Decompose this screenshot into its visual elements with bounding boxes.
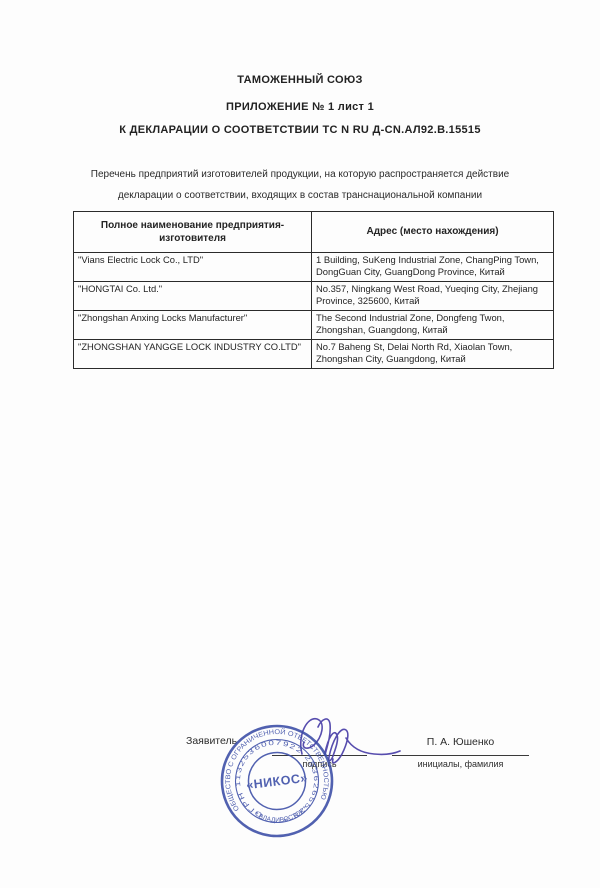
table-header-row: Полное наименование предприятия-изготови… — [74, 212, 554, 253]
address-cell: No.357, Ningkang West Road, Yueqing City… — [312, 282, 554, 311]
stamp-company-name: «НИКОС» — [246, 771, 309, 792]
document-page: ТАМОЖЕННЫЙ СОЮЗ ПРИЛОЖЕНИЕ № 1 лист 1 К … — [0, 0, 600, 888]
signer-name: П. А. Юшенко — [392, 736, 529, 748]
header-address: Адрес (место нахождения) — [312, 212, 554, 253]
name-caption: инициалы, фамилия — [392, 759, 529, 769]
address-cell: No.7 Baheng St, Delai North Rd, Xiaolan … — [312, 340, 554, 369]
manufacturer-name-cell: "Zhongshan Anxing Locks Manufacturer" — [74, 311, 312, 340]
manufacturer-name-cell: "Vians Electric Lock Co., LTD" — [74, 253, 312, 282]
title-customs-union: ТАМОЖЕННЫЙ СОЮЗ — [0, 74, 600, 86]
manufacturer-name-cell: "HONGTAI Co. Ltd." — [74, 282, 312, 311]
company-stamp: ОБЩЕСТВО С ОГРАНИЧЕННОЙ ОТВЕТСТВЕННОСТЬЮ… — [219, 723, 335, 839]
manufacturer-name-cell: "ZHONGSHAN YANGGE LOCK INDUSTRY CO.LTD" — [74, 340, 312, 369]
intro-line-1: Перечень предприятий изготовителей проду… — [55, 165, 545, 186]
name-line — [392, 755, 529, 756]
signature-stroke — [346, 738, 400, 754]
intro-paragraph: Перечень предприятий изготовителей проду… — [55, 165, 545, 206]
address-cell: 1 Building, SuKeng Industrial Zone, Chan… — [312, 253, 554, 282]
title-appendix: ПРИЛОЖЕНИЕ № 1 лист 1 — [0, 101, 600, 113]
title-declaration-number: К ДЕКЛАРАЦИИ О СООТВЕТСТВИИ ТС N RU Д-CN… — [0, 124, 600, 136]
manufacturers-table: Полное наименование предприятия-изготови… — [73, 211, 554, 369]
table-row: "Zhongshan Anxing Locks Manufacturer" Th… — [74, 311, 554, 340]
table-row: "ZHONGSHAN YANGGE LOCK INDUSTRY CO.LTD" … — [74, 340, 554, 369]
intro-line-2: декларации о соответствии, входящих в со… — [55, 186, 545, 207]
address-cell: The Second Industrial Zone, Dongfeng Two… — [312, 311, 554, 340]
table-row: "Vians Electric Lock Co., LTD" 1 Buildin… — [74, 253, 554, 282]
header-manufacturer-name: Полное наименование предприятия-изготови… — [74, 212, 312, 253]
table-row: "HONGTAI Co. Ltd." No.357, Ningkang West… — [74, 282, 554, 311]
